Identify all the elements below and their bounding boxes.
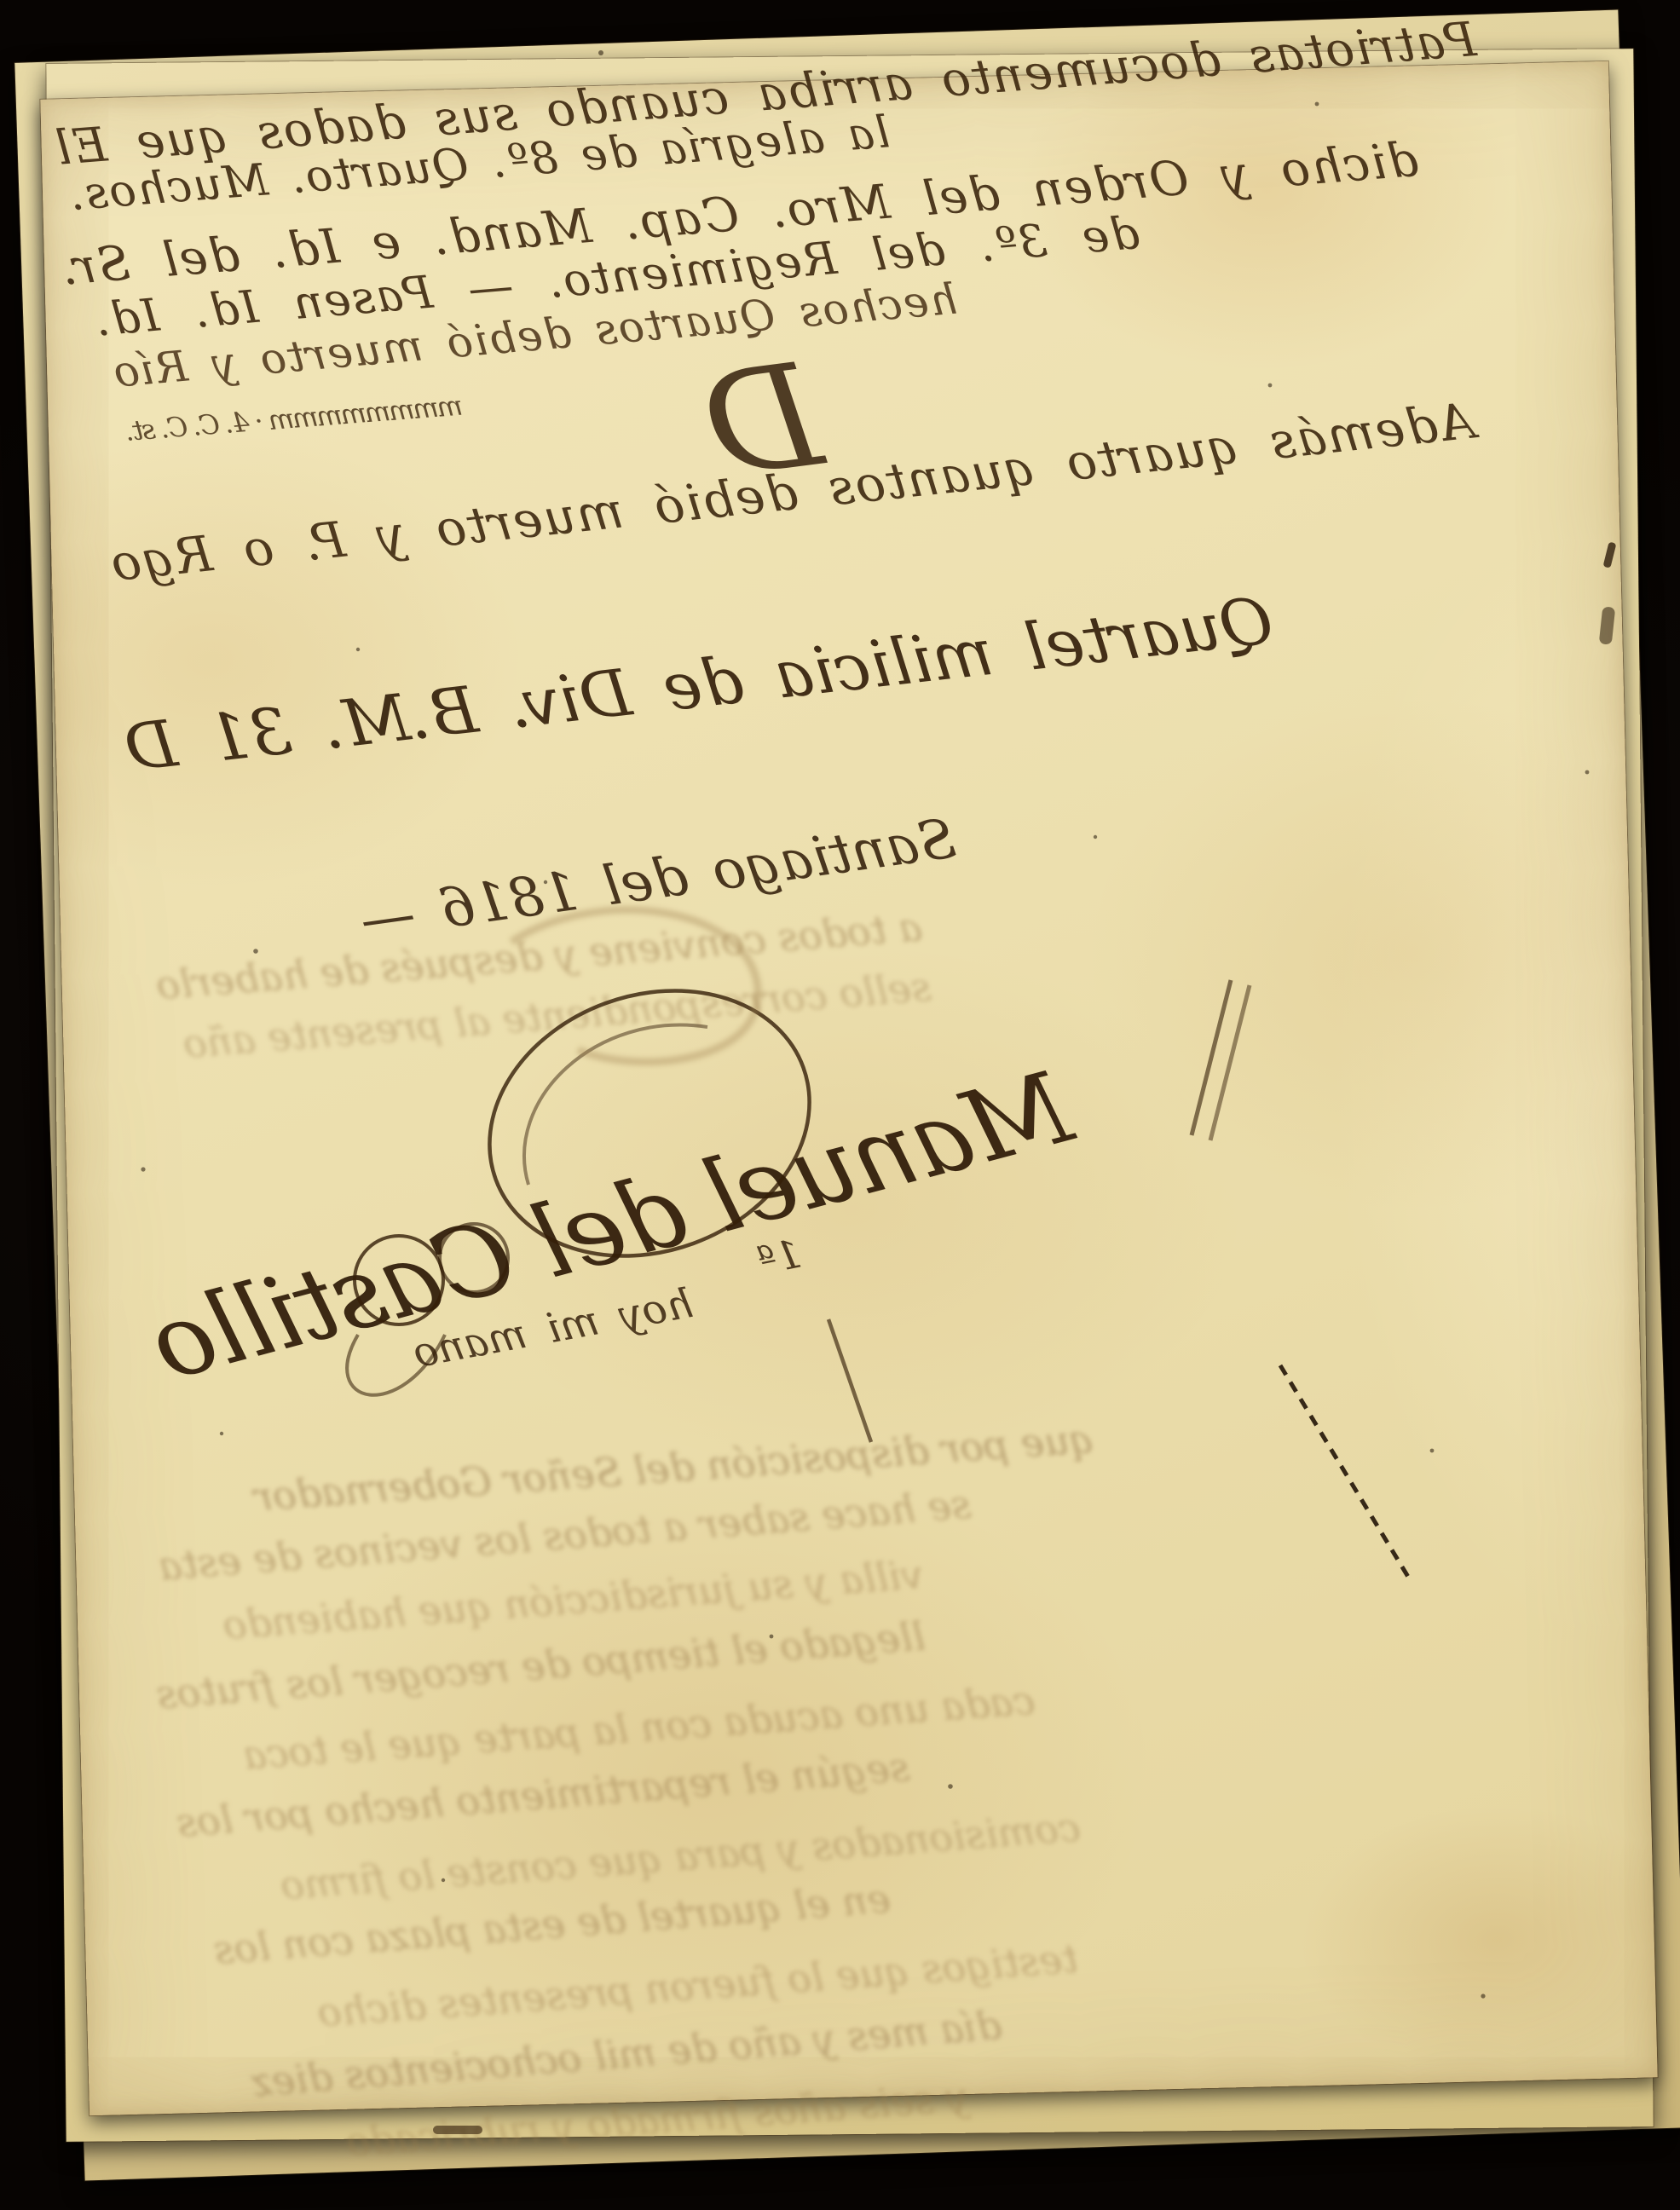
capital-d-flourish: D: [695, 331, 830, 511]
signature-name: Manuel del Castillo: [142, 1047, 1082, 1403]
photograph-backdrop: { "scene": { "description": "Aged manusc…: [0, 0, 1680, 2210]
quartel-line: Quartel milicia de Div. B.M. 31 D: [121, 582, 1278, 787]
manuscript-page: Patriotas documento arriba cuando sus da…: [40, 61, 1657, 2115]
pen-squiggle-filler: mmmmmmmm · 4. C. C. st.: [126, 389, 465, 447]
signature-ordinal-mark: 1ª: [753, 1231, 805, 1284]
